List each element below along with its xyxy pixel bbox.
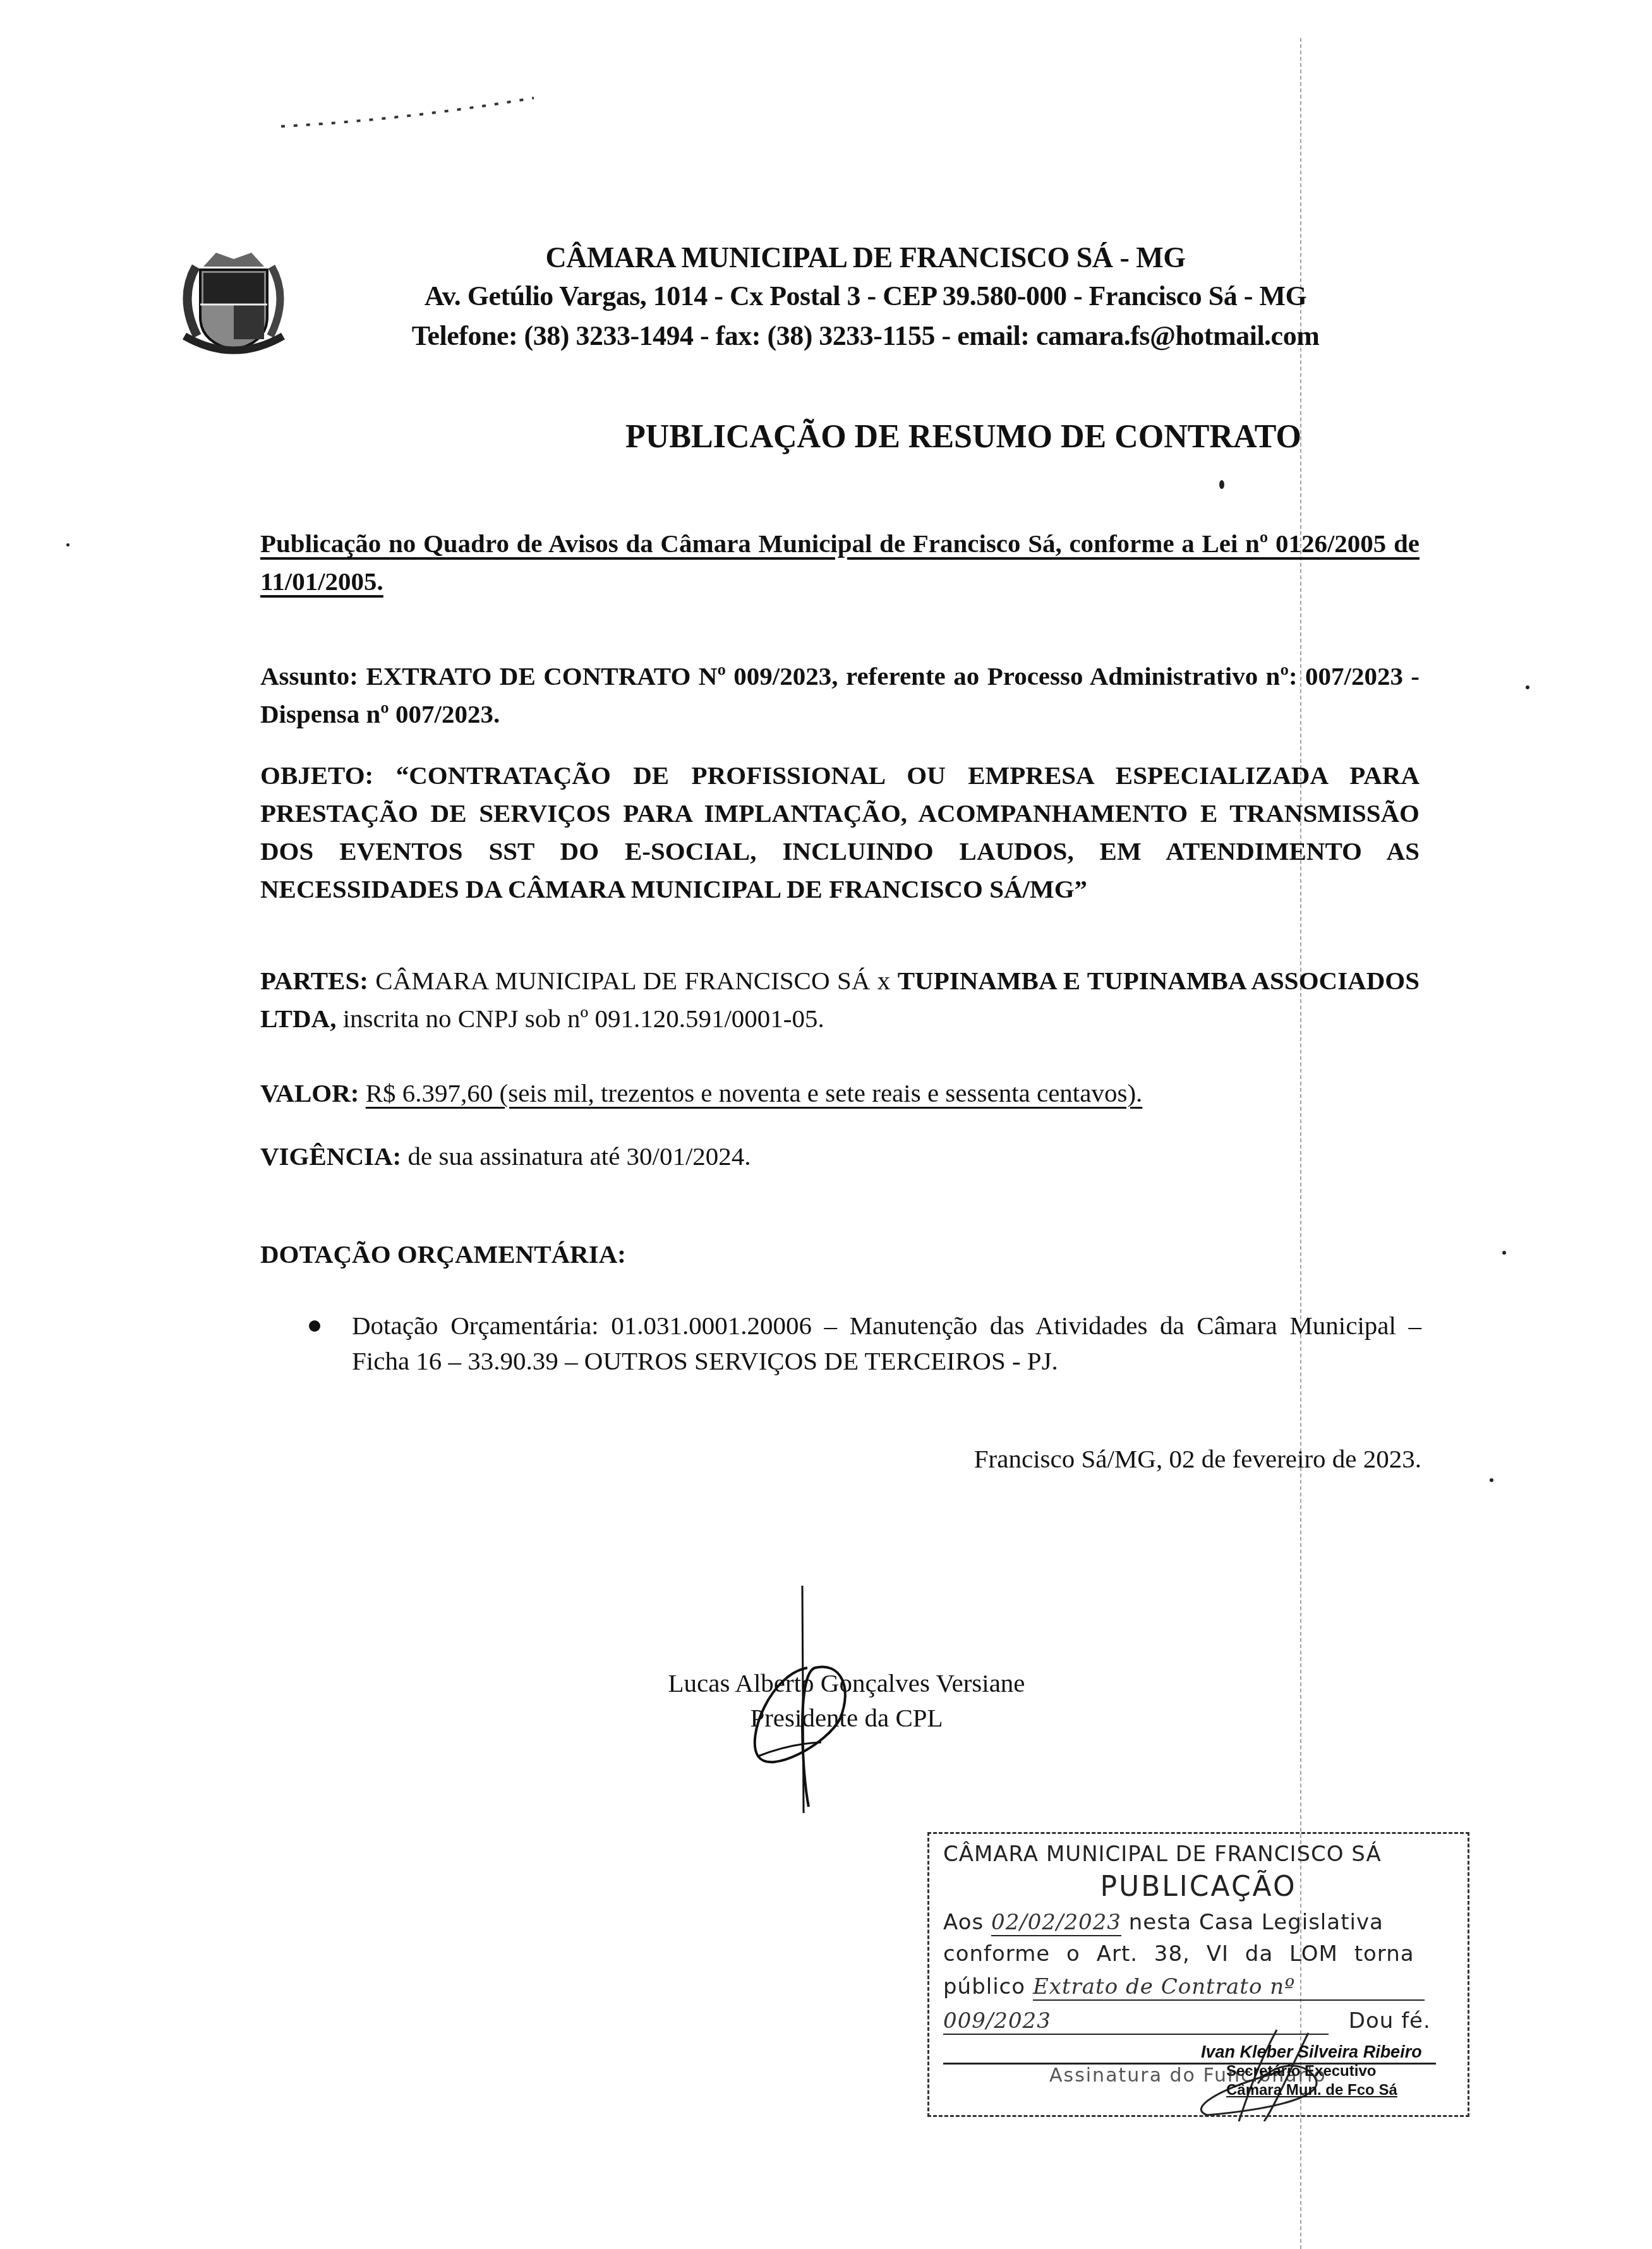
valor-paragraph: VALOR: R$ 6.397,60 (seis mil, trezentos … [260, 1074, 1420, 1112]
objeto-label: OBJETO: [260, 761, 373, 790]
assunto-paragraph: Assunto: EXTRATO DE CONTRATO Nº 009/2023… [260, 657, 1420, 733]
vigencia-text: de sua assinatura até 30/01/2024. [408, 1142, 751, 1171]
publication-stamp: CÂMARA MUNICIPAL DE FRANCISCO SÁ PUBLICA… [927, 1832, 1469, 2117]
scan-speck [1526, 685, 1529, 689]
valor-label: VALOR: [260, 1078, 359, 1107]
stamp-line-1: Aos 02/02/2023 nesta Casa Legislativa [943, 1910, 1454, 1936]
letterhead-address: Av. Getúlio Vargas, 1014 - Cx Postal 3 -… [303, 282, 1428, 310]
stamp-official-org: Câmara Mun. de Fco Sá [1226, 2082, 1397, 2099]
vigencia-paragraph: VIGÊNCIA: de sua assinatura até 30/01/20… [260, 1137, 1420, 1175]
partes-cnpj: inscrita no CNPJ sob nº 091.120.591/0001… [343, 1004, 824, 1033]
dotacao-item-text: Dotação Orçamentária: 01.031.0001.20006 … [352, 1308, 1421, 1378]
stamp-handwritten-date: 02/02/2023 [991, 1910, 1121, 1936]
signatory-role: Presidente da CPL [632, 1703, 1061, 1733]
publication-notice: Publicação no Quadro de Avisos da Câmara… [260, 524, 1420, 600]
partes-paragraph: PARTES: CÂMARA MUNICIPAL DE FRANCISCO SÁ… [260, 962, 1420, 1037]
municipal-crest-icon [172, 241, 296, 355]
stamp-official-name: Ivan Kleber Silveira Ribeiro [1201, 2042, 1422, 2062]
stamp-institution: CÂMARA MUNICIPAL DE FRANCISCO SÁ [943, 1842, 1454, 1867]
scan-speck [1502, 1251, 1506, 1255]
stamp-heading: PUBLICAÇÃO [943, 1871, 1454, 1903]
stamp-line-2: conforme o Art. 38, VI da LOM torna [943, 1941, 1454, 1967]
scan-speck [1219, 480, 1224, 489]
signatory-name: Lucas Alberto Gonçalves Versiane [632, 1668, 1061, 1698]
stamp-official-role: Secretário Executivo [1226, 2063, 1376, 2080]
scan-speck [1490, 1478, 1493, 1482]
handwritten-signature-icon [733, 1586, 897, 1813]
letterhead-institution: CÂMARA MUNICIPAL DE FRANCISCO SÁ - MG [303, 243, 1428, 272]
vigencia-label: VIGÊNCIA: [260, 1142, 401, 1171]
place-date: Francisco Sá/MG, 02 de fevereiro de 2023… [974, 1444, 1421, 1474]
dotacao-list-item: Dotação Orçamentária: 01.031.0001.20006 … [310, 1308, 1421, 1378]
partes-part1: CÂMARA MUNICIPAL DE FRANCISCO SÁ x [375, 966, 890, 995]
bullet-icon [309, 1320, 320, 1332]
scan-artifact-streak [278, 88, 543, 133]
assunto-text: EXTRATO DE CONTRATO Nº 009/2023, referen… [260, 661, 1420, 728]
letterhead-contact: Telefone: (38) 3233-1494 - fax: (38) 323… [303, 322, 1428, 350]
scan-speck [66, 543, 69, 546]
objeto-paragraph: OBJETO: “CONTRATAÇÃO DE PROFISSIONAL OU … [260, 756, 1420, 908]
valor-text: R$ 6.397,60 (seis mil, trezentos e noven… [366, 1078, 1143, 1107]
assunto-label: Assunto: [260, 661, 358, 690]
stamp-handwritten-subject: Extrato de Contrato nº [1033, 1974, 1425, 2001]
document-title: PUBLICAÇÃO DE RESUMO DE CONTRATO [253, 418, 1652, 455]
dotacao-heading: DOTAÇÃO ORÇAMENTÁRIA: [260, 1235, 1420, 1273]
objeto-text: “CONTRATAÇÃO DE PROFISSIONAL OU EMPRESA … [260, 761, 1420, 903]
stamp-line-3: público Extrato de Contrato nº [943, 1974, 1454, 2001]
partes-label: PARTES: [260, 966, 368, 995]
